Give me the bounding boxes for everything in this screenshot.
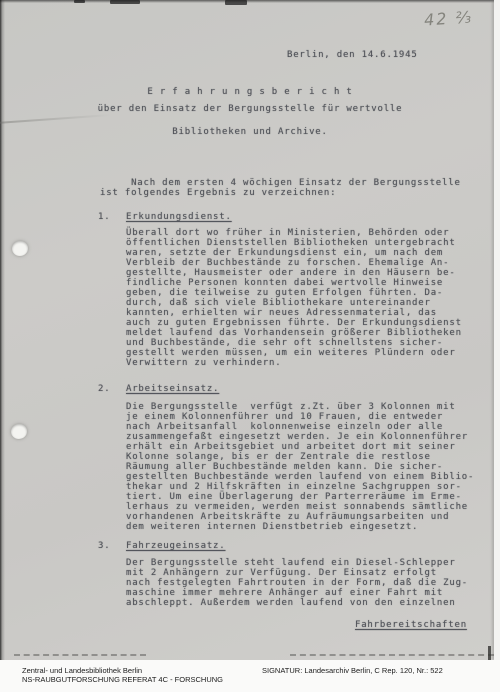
- archive-institution-line1: Zentral- und Landesbibliothek Berlin: [22, 666, 223, 675]
- section-1-heading: Erkundungsdienst.: [126, 212, 232, 222]
- report-title: E r f a h r u n g s b e r i c h t: [0, 87, 500, 97]
- archive-institution: Zentral- und Landesbibliothek Berlin NS-…: [22, 666, 223, 684]
- scan-edge-mark: [488, 646, 491, 660]
- section-3-body: Der Bergungsstelle steht laufend ein Die…: [126, 558, 491, 608]
- archive-institution-line2: NS-RAUBGUTFORSCHUNG REFERAT 4C - FORSCHU…: [22, 675, 223, 684]
- scan-right-margin: [494, 0, 500, 660]
- section-3-heading: Fahrzeugeinsatz.: [126, 541, 226, 551]
- scan-edge-left: [0, 0, 5, 660]
- scan-edge-bottom: [14, 654, 146, 656]
- intro-paragraph: Nach dem ersten 4 wöchigen Einsatz der B…: [100, 178, 485, 198]
- section-1-body: Überall dort wo früher in Ministerien, B…: [126, 228, 491, 368]
- scan-edge-mark: [110, 0, 140, 4]
- pencil-page-number: 42 ⅔: [423, 5, 500, 29]
- punch-hole-bottom: [11, 424, 27, 439]
- date-line: Berlin, den 14.6.1945: [287, 50, 418, 60]
- punch-hole-top: [12, 241, 28, 256]
- catchword: Fahrbereitschaften: [355, 620, 467, 630]
- section-2-number: 2.: [98, 384, 118, 394]
- report-subtitle-line2: Bibliotheken und Archive.: [0, 127, 500, 137]
- scan-edge-mark: [74, 0, 85, 3]
- scan-edge-bottom: [290, 654, 494, 656]
- section-1-number: 1.: [98, 212, 118, 222]
- report-subtitle-line1: über den Einsatz der Bergungsstelle für …: [0, 104, 500, 114]
- archive-footer: Zentral- und Landesbibliothek Berlin NS-…: [0, 660, 500, 692]
- section-2-heading: Arbeitseinsatz.: [126, 384, 219, 394]
- section-2-body: Die Bergungsstelle verfügt z.Zt. über 3 …: [126, 402, 491, 532]
- scan-edge-mark: [225, 0, 247, 5]
- archive-signature: SIGNATUR: Landesarchiv Berlin, C Rep. 12…: [262, 666, 443, 675]
- section-3-number: 3.: [98, 541, 118, 551]
- paper-crease: [0, 114, 111, 124]
- document-scan: 42 ⅔ Berlin, den 14.6.1945 E r f a h r u…: [0, 0, 500, 660]
